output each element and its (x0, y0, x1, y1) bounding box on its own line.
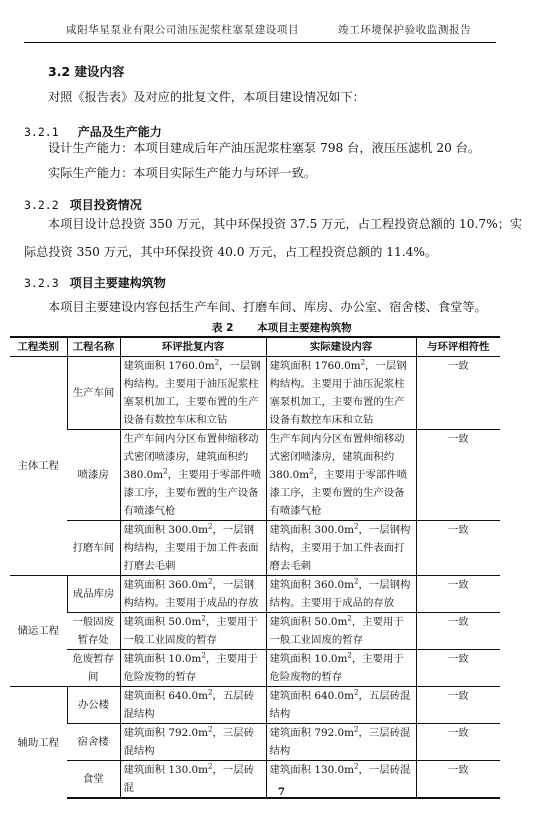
design-capacity-text: 设计生产能力：本项目建成后年产油压泥浆柱塞泵 798 台，液压压滤机 20 台。 (48, 139, 480, 156)
match-cell: 一致 (416, 430, 500, 521)
table-row: 一般固废暂存处 建筑面积 50.0m2，主要用于一般工业固废的暂存 建筑面积 5… (10, 613, 500, 650)
col-header-category: 工程类别 (10, 337, 67, 357)
investment-text-line1: 本项目设计总投资 350 万元，其中环保投资 37.5 万元，占工程投资总额的 … (48, 215, 522, 232)
subsection-heading-3-2-1: 3.2.1 产品及生产能力 (24, 121, 162, 140)
table-row: 打磨车间 建筑面积 300.0m2，一层钢构结构，主要用于加工件表面打磨去毛刺 … (10, 521, 500, 576)
project-name-cell: 生产车间 (67, 357, 120, 430)
project-name-cell: 办公楼 (67, 687, 120, 724)
actual-content-cell: 建筑面积 300.0m2，一层钢构结构，主要用于加工件表面打磨去毛刺 (266, 521, 416, 576)
section-intro: 对照《报告表》及对应的批复文件，本项目建设情况如下： (48, 88, 365, 105)
page-header: 咸阳华星泵业有限公司油压泥浆柱塞泵建设项目 竣工环境保护验收监测报告 (24, 20, 496, 43)
col-header-actual: 实际建设内容 (266, 337, 416, 357)
investment-text-line2: 际总投资 350 万元，其中环保投资 40.0 万元，占工程投资总额的 11.4… (24, 243, 437, 260)
table-row: 食堂 建筑面积 130.0m2，一层砖混 建筑面积 130.0m2，一层砖混 一… (10, 761, 500, 799)
header-project-title: 咸阳华星泵业有限公司油压泥浆柱塞泵建设项目 (66, 22, 299, 37)
actual-content-cell: 建筑面积 130.0m2，一层砖混 (266, 761, 416, 799)
category-cell: 主体工程 (10, 357, 67, 576)
subsection-heading-3-2-2: 3.2.2 项目投资情况 (24, 194, 142, 213)
category-cell: 辅助工程 (10, 687, 67, 799)
actual-content-cell: 建筑面积 640.0m2，五层砖混结构 (266, 687, 416, 724)
match-cell: 一致 (416, 761, 500, 799)
project-name-cell: 宿舍楼 (67, 724, 120, 761)
table-header-row: 工程类别 工程名称 环评批复内容 实际建设内容 与环评相符性 (10, 337, 500, 357)
match-cell: 一致 (416, 613, 500, 650)
table-row: 宿舍楼 建筑面积 792.0m2，三层砖混结构 建筑面积 792.0m2，三层砖… (10, 724, 500, 761)
project-name-cell: 打磨车间 (67, 521, 120, 576)
project-name-cell: 一般固废暂存处 (67, 613, 120, 650)
subsection-title: 项目主要建构筑物 (70, 276, 166, 290)
match-cell: 一致 (416, 724, 500, 761)
subsection-number: 3.2.3 (24, 276, 59, 290)
approved-content-cell: 建筑面积 640.0m2，五层砖混结构 (120, 687, 266, 724)
actual-capacity-text: 实际生产能力：本项目实际生产能力与环评一致。 (48, 164, 316, 181)
table-row: 喷漆房 生产车间内分区布置伸缩移动式密闭喷漆房，建筑面积约 380.0m2，主要… (10, 430, 500, 521)
col-header-approved: 环评批复内容 (120, 337, 266, 357)
approved-content-cell: 建筑面积 300.0m2，一层钢构结构，主要用于加工件表面打磨去毛刺 (120, 521, 266, 576)
col-header-match: 与环评相符性 (416, 337, 500, 357)
header-report-title: 竣工环境保护验收监测报告 (338, 22, 471, 37)
subsection-heading-3-2-3: 3.2.3 项目主要建构筑物 (24, 272, 166, 291)
actual-content-cell: 建筑面积 1760.0m2，一层钢构结构。主要用于油压泥浆柱塞泵机加工，主要布置… (266, 357, 416, 430)
buildings-table: 工程类别 工程名称 环评批复内容 实际建设内容 与环评相符性 主体工程 生产车间… (10, 336, 500, 799)
table-caption-number: 表 2 (212, 322, 233, 334)
approved-content-cell: 生产车间内分区布置伸缩移动式密闭喷漆房，建筑面积约 380.0m2，主要用于零部… (120, 430, 266, 521)
actual-content-cell: 建筑面积 50.0m2，主要用于一般工业固废的暂存 (266, 613, 416, 650)
project-name-cell: 成品库房 (67, 576, 120, 613)
subsection-number: 3.2.1 (24, 125, 59, 139)
table-row: 危废暂存间 建筑面积 10.0m2，主要用于危险废物的暂存 建筑面积 10.0m… (10, 650, 500, 687)
match-cell: 一致 (416, 357, 500, 430)
page-number: 7 (278, 787, 285, 798)
category-cell: 储运工程 (10, 576, 67, 687)
approved-content-cell: 建筑面积 1760.0m2，一层钢构结构。主要用于油压泥浆柱塞泵机加工，主要布置… (120, 357, 266, 430)
match-cell: 一致 (416, 576, 500, 613)
subsection-title: 产品及生产能力 (78, 125, 162, 139)
approved-content-cell: 建筑面积 50.0m2，主要用于一般工业固废的暂存 (120, 613, 266, 650)
table-row: 主体工程 生产车间 建筑面积 1760.0m2，一层钢构结构。主要用于油压泥浆柱… (10, 357, 500, 430)
actual-content-cell: 建筑面积 792.0m2，三层砖混结构 (266, 724, 416, 761)
table-caption: 表 2 本项目主要建构筑物 (212, 320, 352, 335)
actual-content-cell: 建筑面积 10.0m2，主要用于危险废物的暂存 (266, 650, 416, 687)
subsection-number: 3.2.2 (24, 198, 59, 212)
approved-content-cell: 建筑面积 792.0m2，三层砖混结构 (120, 724, 266, 761)
project-name-cell: 食堂 (67, 761, 120, 799)
project-name-cell: 喷漆房 (67, 430, 120, 521)
approved-content-cell: 建筑面积 130.0m2，一层砖混 (120, 761, 266, 799)
approved-content-cell: 建筑面积 360.0m2，一层钢构结构。主要用于成品的存放 (120, 576, 266, 613)
section-title: 3.2 建设内容 (48, 62, 125, 80)
actual-content-cell: 生产车间内分区布置伸缩移动式密闭喷漆房，建筑面积约 380.0m2，主要用于零部… (266, 430, 416, 521)
match-cell: 一致 (416, 687, 500, 724)
approved-content-cell: 建筑面积 10.0m2，主要用于危险废物的暂存 (120, 650, 266, 687)
match-cell: 一致 (416, 650, 500, 687)
table-row: 储运工程 成品库房 建筑面积 360.0m2，一层钢构结构。主要用于成品的存放 … (10, 576, 500, 613)
buildings-intro-text: 本项目主要建设内容包括生产车间、打磨车间、库房、办公室、宿舍楼、食堂等。 (48, 298, 487, 315)
col-header-name: 工程名称 (67, 337, 120, 357)
subsection-title: 项目投资情况 (70, 198, 142, 212)
actual-content-cell: 建筑面积 360.0m2，一层钢构结构。主要用于成品的存放 (266, 576, 416, 613)
match-cell: 一致 (416, 521, 500, 576)
table-row: 辅助工程 办公楼 建筑面积 640.0m2，五层砖混结构 建筑面积 640.0m… (10, 687, 500, 724)
table-caption-title: 本项目主要建构筑物 (257, 322, 352, 334)
project-name-cell: 危废暂存间 (67, 650, 120, 687)
